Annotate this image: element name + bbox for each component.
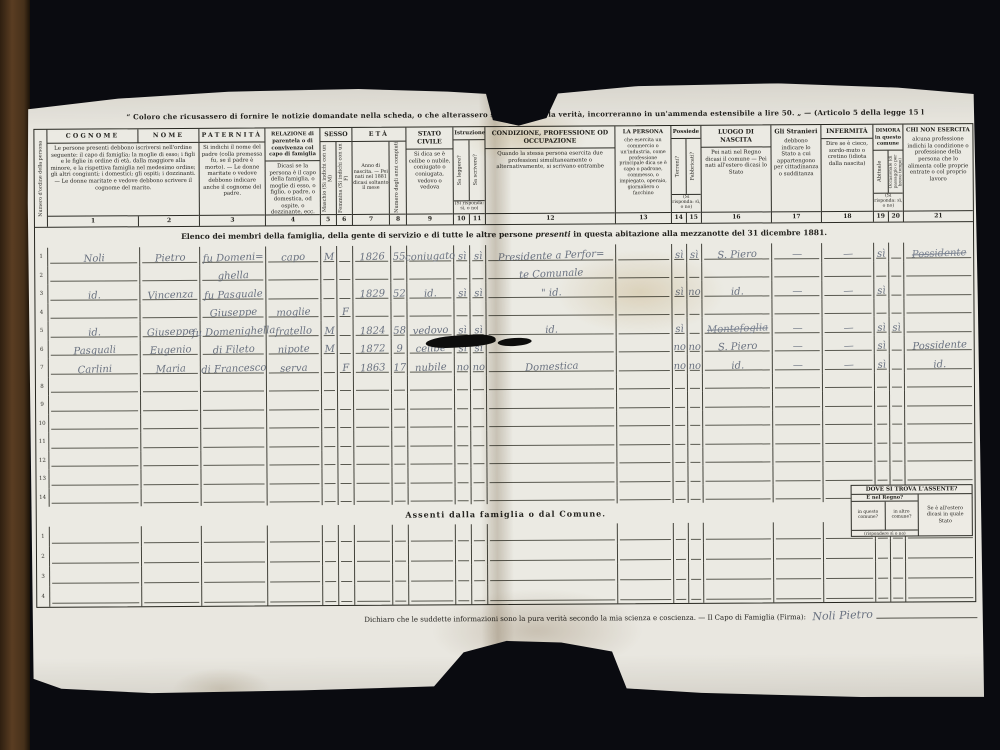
handwritten-entry: 1824 xyxy=(359,325,385,337)
handwritten-entry: id. xyxy=(933,359,946,371)
cell xyxy=(142,566,202,586)
cell xyxy=(487,448,617,467)
cell: 58 xyxy=(392,320,408,339)
absent-box-estero: Se è all'estero dicasi in quale Stato xyxy=(919,494,972,535)
cell xyxy=(905,390,974,409)
handwritten-entry: 1829 xyxy=(359,288,385,300)
cell xyxy=(408,467,455,486)
absent-box-altro-comune: in altro comune? xyxy=(885,501,918,529)
cell: Vincenza xyxy=(140,284,200,303)
cell: — xyxy=(773,317,823,336)
cell xyxy=(268,565,323,585)
cell: Possidente xyxy=(904,242,973,261)
cell xyxy=(822,298,874,317)
cell xyxy=(773,391,823,410)
cell xyxy=(337,283,353,302)
cell: no xyxy=(471,356,487,375)
cell xyxy=(201,431,267,450)
cell xyxy=(339,486,355,505)
signature-line xyxy=(876,608,977,619)
handwritten-entry: id. xyxy=(731,360,744,372)
cell xyxy=(267,431,322,450)
signature: Noli Pietro xyxy=(812,608,873,623)
col-la-persona: LA PERSONA che esercita un commercio o u… xyxy=(615,126,672,223)
cell xyxy=(905,409,974,428)
cell xyxy=(323,565,339,585)
cell xyxy=(905,446,974,465)
handwritten-entry: — xyxy=(843,285,853,296)
cell xyxy=(773,447,823,466)
cell xyxy=(267,468,322,487)
cell xyxy=(823,409,875,428)
handwritten-entry: — xyxy=(843,341,853,352)
cell xyxy=(673,373,688,392)
cell xyxy=(688,318,703,337)
cell: sì xyxy=(875,317,890,336)
cell xyxy=(201,450,267,469)
cell xyxy=(906,541,975,561)
handwritten-entry: no xyxy=(688,360,701,372)
cell: sì xyxy=(672,244,687,263)
cell xyxy=(617,336,673,355)
handwritten-entry: sì xyxy=(675,249,684,260)
cell xyxy=(488,543,618,564)
col-relazione: RELAZIONE di parentela o di convivenza c… xyxy=(265,128,321,225)
cell xyxy=(689,543,704,563)
cell xyxy=(875,409,890,428)
cell xyxy=(486,300,616,319)
cell xyxy=(876,562,891,582)
cell xyxy=(321,265,337,284)
cell xyxy=(268,545,323,565)
handwritten-entry: no xyxy=(673,342,686,354)
cell xyxy=(323,487,339,506)
cell xyxy=(141,469,201,488)
col-sa-scrivere: Sa scrivere? xyxy=(469,140,485,200)
cell xyxy=(48,303,140,322)
cell xyxy=(487,374,617,393)
cell: 1824 xyxy=(354,320,392,339)
cell xyxy=(772,262,822,281)
cell xyxy=(338,449,354,468)
cell xyxy=(470,264,486,283)
cell xyxy=(456,524,472,544)
col-stato-civile: STATO CIVILE Si dica se è celibe o nubil… xyxy=(406,127,454,224)
cell xyxy=(616,281,672,300)
cell xyxy=(875,446,890,465)
cell xyxy=(267,376,322,395)
col-infermita: INFERMITÀ Dire se è cieco, sordo-muto o … xyxy=(821,125,874,222)
row-number-cell: 2 xyxy=(37,547,50,567)
cell xyxy=(50,526,142,547)
declaration-text: Dichiaro che le suddette informazioni so… xyxy=(364,613,806,624)
cell xyxy=(408,375,455,394)
cell xyxy=(487,411,617,430)
cell xyxy=(704,582,774,602)
handwritten-entry: no xyxy=(688,286,701,298)
col-eta-anni: Numero degli anni compiuti xyxy=(390,142,406,214)
row-number-cell: 3 xyxy=(37,567,50,587)
cell: sì xyxy=(687,244,702,263)
cell xyxy=(202,585,268,605)
handwritten-entry: S. Piero xyxy=(717,248,757,261)
cell xyxy=(142,487,202,506)
cell xyxy=(674,563,689,583)
col-cognome-nome-desc: Le persone presenti debbono iscriversi n… xyxy=(47,143,198,216)
handwritten-entry: coniugato xyxy=(405,250,456,263)
col-cognome-title: COGNOME xyxy=(47,129,138,144)
handwritten-entry: fratello xyxy=(275,325,312,337)
cell: M xyxy=(322,320,338,339)
cell xyxy=(687,299,702,318)
cell: id. xyxy=(703,354,773,373)
cell xyxy=(338,338,354,357)
col-possiede: Possiede Terreni? Fabbricati? (Si rispon… xyxy=(671,126,702,223)
cell: no xyxy=(688,355,703,374)
cell xyxy=(472,486,488,505)
cell xyxy=(322,468,338,487)
cell xyxy=(338,468,354,487)
cell xyxy=(673,466,688,485)
cell xyxy=(672,262,687,281)
handwritten-entry: no xyxy=(456,362,469,374)
col-nome-num: 2 xyxy=(139,216,199,226)
cell xyxy=(142,546,202,566)
cell xyxy=(487,429,617,448)
cell: sì xyxy=(890,317,905,336)
col-chi-non-esercita: CHI NON ESERCITA alcuna professione indi… xyxy=(903,124,973,221)
handwritten-entry: F xyxy=(342,362,349,373)
handwritten-entry: serva xyxy=(280,362,308,374)
col-luogo-nascita: LUOGO DI NASCITA Pei nati nel Regno dica… xyxy=(701,125,772,222)
cell: Noli xyxy=(48,247,140,266)
cell xyxy=(773,428,823,447)
cell: Maria xyxy=(141,358,201,377)
cell xyxy=(201,468,267,487)
cell xyxy=(201,413,267,432)
cell xyxy=(824,582,876,602)
cell xyxy=(338,431,354,450)
cell xyxy=(703,428,773,447)
cell xyxy=(322,394,338,413)
cell xyxy=(618,583,674,603)
cell xyxy=(616,244,672,263)
col-cognome-nome: COGNOME NOME Le persone presenti debbono… xyxy=(47,129,200,227)
cell: F xyxy=(337,301,353,320)
cell xyxy=(337,264,353,283)
declaration: Dichiaro che le suddette informazioni so… xyxy=(364,608,977,625)
cell xyxy=(890,335,905,354)
cell xyxy=(266,265,321,284)
cell xyxy=(353,264,391,283)
cell xyxy=(874,261,889,280)
table-surface xyxy=(0,0,30,750)
col-dimora-occasionale: Occasionale (di passaggio o per breve te… xyxy=(888,150,903,193)
handwritten-entry: fu Domeni= xyxy=(202,251,263,264)
cell xyxy=(409,584,456,604)
cell xyxy=(322,376,338,395)
row-number-cell: 1 xyxy=(37,527,50,547)
cell xyxy=(875,465,890,484)
cell xyxy=(823,372,875,391)
cell: — xyxy=(822,243,874,262)
cell: moglie xyxy=(266,302,321,321)
cell xyxy=(49,469,141,488)
cell xyxy=(890,465,905,484)
cell xyxy=(142,586,202,606)
handwritten-entry: di Fileto xyxy=(212,344,254,357)
cell: sì xyxy=(454,245,470,264)
handwritten-entry: 1826 xyxy=(359,251,385,263)
cell xyxy=(876,582,891,602)
cell: no xyxy=(687,281,702,300)
handwritten-entry: id. xyxy=(730,286,743,298)
col-istruzione: Istruzione Sa leggere? Sa scrivere? (Si … xyxy=(453,127,486,224)
handwritten-entry: 1863 xyxy=(359,362,385,374)
cell xyxy=(454,301,470,320)
cell xyxy=(142,526,202,546)
cell xyxy=(875,372,890,391)
row-number-cell: 6 xyxy=(36,340,49,359)
cell xyxy=(355,525,393,545)
row-number-cell: 5 xyxy=(36,322,49,341)
cell xyxy=(337,246,353,265)
cell: Pietro xyxy=(140,247,200,266)
handwritten-entry: Eugenio xyxy=(149,344,191,357)
cell xyxy=(773,410,823,429)
absent-rows: 1234 xyxy=(37,521,975,607)
handwritten-entry: ghella xyxy=(217,270,249,282)
handwritten-entry: 17 xyxy=(393,362,406,374)
row-number-cell: 1 xyxy=(35,248,48,267)
handwritten-entry: " id. xyxy=(540,287,561,299)
cell xyxy=(355,565,393,585)
cell xyxy=(904,261,973,280)
handwritten-entry: — xyxy=(791,249,801,260)
handwritten-entry: vedovo xyxy=(413,324,449,336)
cell xyxy=(617,373,673,392)
cell xyxy=(140,302,200,321)
cell xyxy=(456,544,472,564)
cell xyxy=(875,391,890,410)
cell xyxy=(905,464,974,483)
cell xyxy=(674,543,689,563)
handwritten-entry: sì xyxy=(690,249,699,260)
handwritten-entry: Possidente xyxy=(912,339,967,352)
cell xyxy=(687,262,702,281)
cell xyxy=(409,544,456,564)
handwritten-entry: Pasquali xyxy=(73,345,116,358)
cell xyxy=(322,450,338,469)
cell xyxy=(774,484,824,503)
cell xyxy=(140,265,200,284)
handwritten-entry: nubile xyxy=(415,361,447,373)
absent-box-note: (rispondere sì o no) xyxy=(852,529,918,535)
handwritten-entry: 55 xyxy=(392,251,405,263)
cell: Giuseppe xyxy=(200,302,266,321)
cell xyxy=(50,586,142,607)
cell: sì xyxy=(673,318,688,337)
handwritten-entry: Carlini xyxy=(77,363,112,375)
handwritten-entry: sì xyxy=(892,322,901,333)
row-number-cell: 4 xyxy=(37,587,50,607)
cell xyxy=(688,373,703,392)
handwritten-entry: Noli xyxy=(83,253,105,265)
cell: Pasquali xyxy=(49,340,141,359)
col-sesso-maschio: Maschio (Si indichi con un M) xyxy=(320,142,336,214)
cell xyxy=(703,373,773,392)
cell xyxy=(392,468,408,487)
cell xyxy=(392,394,408,413)
cell xyxy=(202,525,268,545)
cell: — xyxy=(773,354,823,373)
cell: sì xyxy=(874,280,889,299)
cell: — xyxy=(772,280,822,299)
cell xyxy=(471,449,487,468)
row-number-cell: 11 xyxy=(36,433,49,452)
cell xyxy=(617,429,673,448)
cell xyxy=(905,427,974,446)
row-number-cell: 10 xyxy=(36,414,49,433)
handwritten-entry: sì xyxy=(473,288,482,299)
cell xyxy=(141,395,201,414)
cell xyxy=(891,562,906,582)
handwritten-entry: 58 xyxy=(393,325,406,337)
cell xyxy=(618,563,674,583)
cell xyxy=(201,376,267,395)
cell xyxy=(339,545,355,565)
handwritten-entry: — xyxy=(842,248,852,259)
cell: 1829 xyxy=(353,283,391,302)
col-numero-label: Numero d'ordine della persona xyxy=(38,140,43,216)
cell xyxy=(339,525,355,545)
cell xyxy=(201,394,267,413)
cell xyxy=(616,262,672,281)
cell xyxy=(618,523,674,543)
cell xyxy=(355,585,393,605)
cell xyxy=(49,451,141,470)
cell: 17 xyxy=(392,357,408,376)
cell xyxy=(268,487,323,506)
cell xyxy=(354,431,392,450)
cell xyxy=(323,585,339,605)
cell xyxy=(471,375,487,394)
cell: 9 xyxy=(392,338,408,357)
cell xyxy=(617,466,673,485)
cell: S. Piero xyxy=(703,336,773,355)
row-number-cell: 2 xyxy=(35,266,48,285)
cell xyxy=(823,428,875,447)
cell xyxy=(354,468,392,487)
handwritten-entry: sì xyxy=(877,359,886,370)
handwritten-entry: moglie xyxy=(276,307,311,319)
handwritten-entry: 52 xyxy=(392,288,405,300)
absent-location-box: DOVE SI TROVA L'ASSENTE? È nel Regno? in… xyxy=(851,484,973,537)
cell xyxy=(471,393,487,412)
cell xyxy=(889,261,904,280)
census-sheet: “ Coloro che ricusassero di fornire le n… xyxy=(26,77,988,709)
handwritten-entry: Pietro xyxy=(154,252,185,264)
cell xyxy=(688,392,703,411)
handwritten-entry: M xyxy=(324,344,335,355)
cell xyxy=(456,564,472,584)
cell xyxy=(338,412,354,431)
col-fabbricati: Fabbricati? xyxy=(686,139,701,194)
cell xyxy=(689,523,704,543)
handwritten-entry: Vincenza xyxy=(147,289,193,302)
cell: sì xyxy=(875,335,890,354)
cell xyxy=(774,562,824,582)
cell xyxy=(141,432,201,451)
cell xyxy=(704,562,774,582)
cell xyxy=(408,430,455,449)
cell xyxy=(338,375,354,394)
cell xyxy=(323,525,339,545)
cell xyxy=(703,391,773,410)
present-rows: 1NoliPietrofu Domeni=capoM182655coniugat… xyxy=(35,242,975,507)
cell: id. xyxy=(407,282,454,301)
cell xyxy=(393,545,409,565)
cell xyxy=(50,488,142,507)
handwritten-entry: nipote xyxy=(278,344,310,356)
cell xyxy=(392,375,408,394)
cell xyxy=(890,354,905,373)
cell xyxy=(889,243,904,262)
cell xyxy=(618,484,674,503)
cell xyxy=(391,264,407,283)
cell: Domestica xyxy=(487,355,617,374)
cell xyxy=(392,431,408,450)
cell xyxy=(409,486,456,505)
cell xyxy=(354,449,392,468)
cell xyxy=(488,583,618,604)
handwritten-entry: sì xyxy=(473,251,482,262)
cell: sì xyxy=(874,243,889,262)
cell xyxy=(322,413,338,432)
cell xyxy=(904,298,973,317)
cell xyxy=(704,542,774,562)
cell xyxy=(906,581,975,601)
cell: 1863 xyxy=(354,357,392,376)
handwritten-entry: — xyxy=(792,323,802,334)
handwritten-entry: te Comunale xyxy=(518,267,583,281)
cell xyxy=(689,484,704,503)
col-eta: ETÀ Anno di nascita. — Pei nati nel 1881… xyxy=(352,128,407,225)
cell xyxy=(874,298,889,317)
cell xyxy=(702,299,772,318)
cell: te Comunale xyxy=(486,263,616,282)
cell: capo xyxy=(266,246,321,265)
col-terreni: Terreni? xyxy=(671,139,686,194)
handwritten-entry: sì xyxy=(675,286,684,297)
handwritten-entry: fu Domenighella xyxy=(191,324,275,338)
cell: no xyxy=(688,336,703,355)
cell xyxy=(49,432,141,451)
handwritten-entry: sì xyxy=(877,285,886,296)
cell xyxy=(456,584,472,604)
cell: — xyxy=(823,335,875,354)
col-dimora: DIMORA in questo comune Abituale Occasio… xyxy=(873,125,904,222)
cell xyxy=(409,564,456,584)
cell xyxy=(353,301,391,320)
handwritten-entry: sì xyxy=(457,288,466,299)
cell xyxy=(355,486,393,505)
cell xyxy=(455,449,471,468)
cell xyxy=(408,393,455,412)
col-nome-title: NOME xyxy=(139,129,199,143)
row-number-cell: 7 xyxy=(36,359,49,378)
cell xyxy=(617,318,673,337)
